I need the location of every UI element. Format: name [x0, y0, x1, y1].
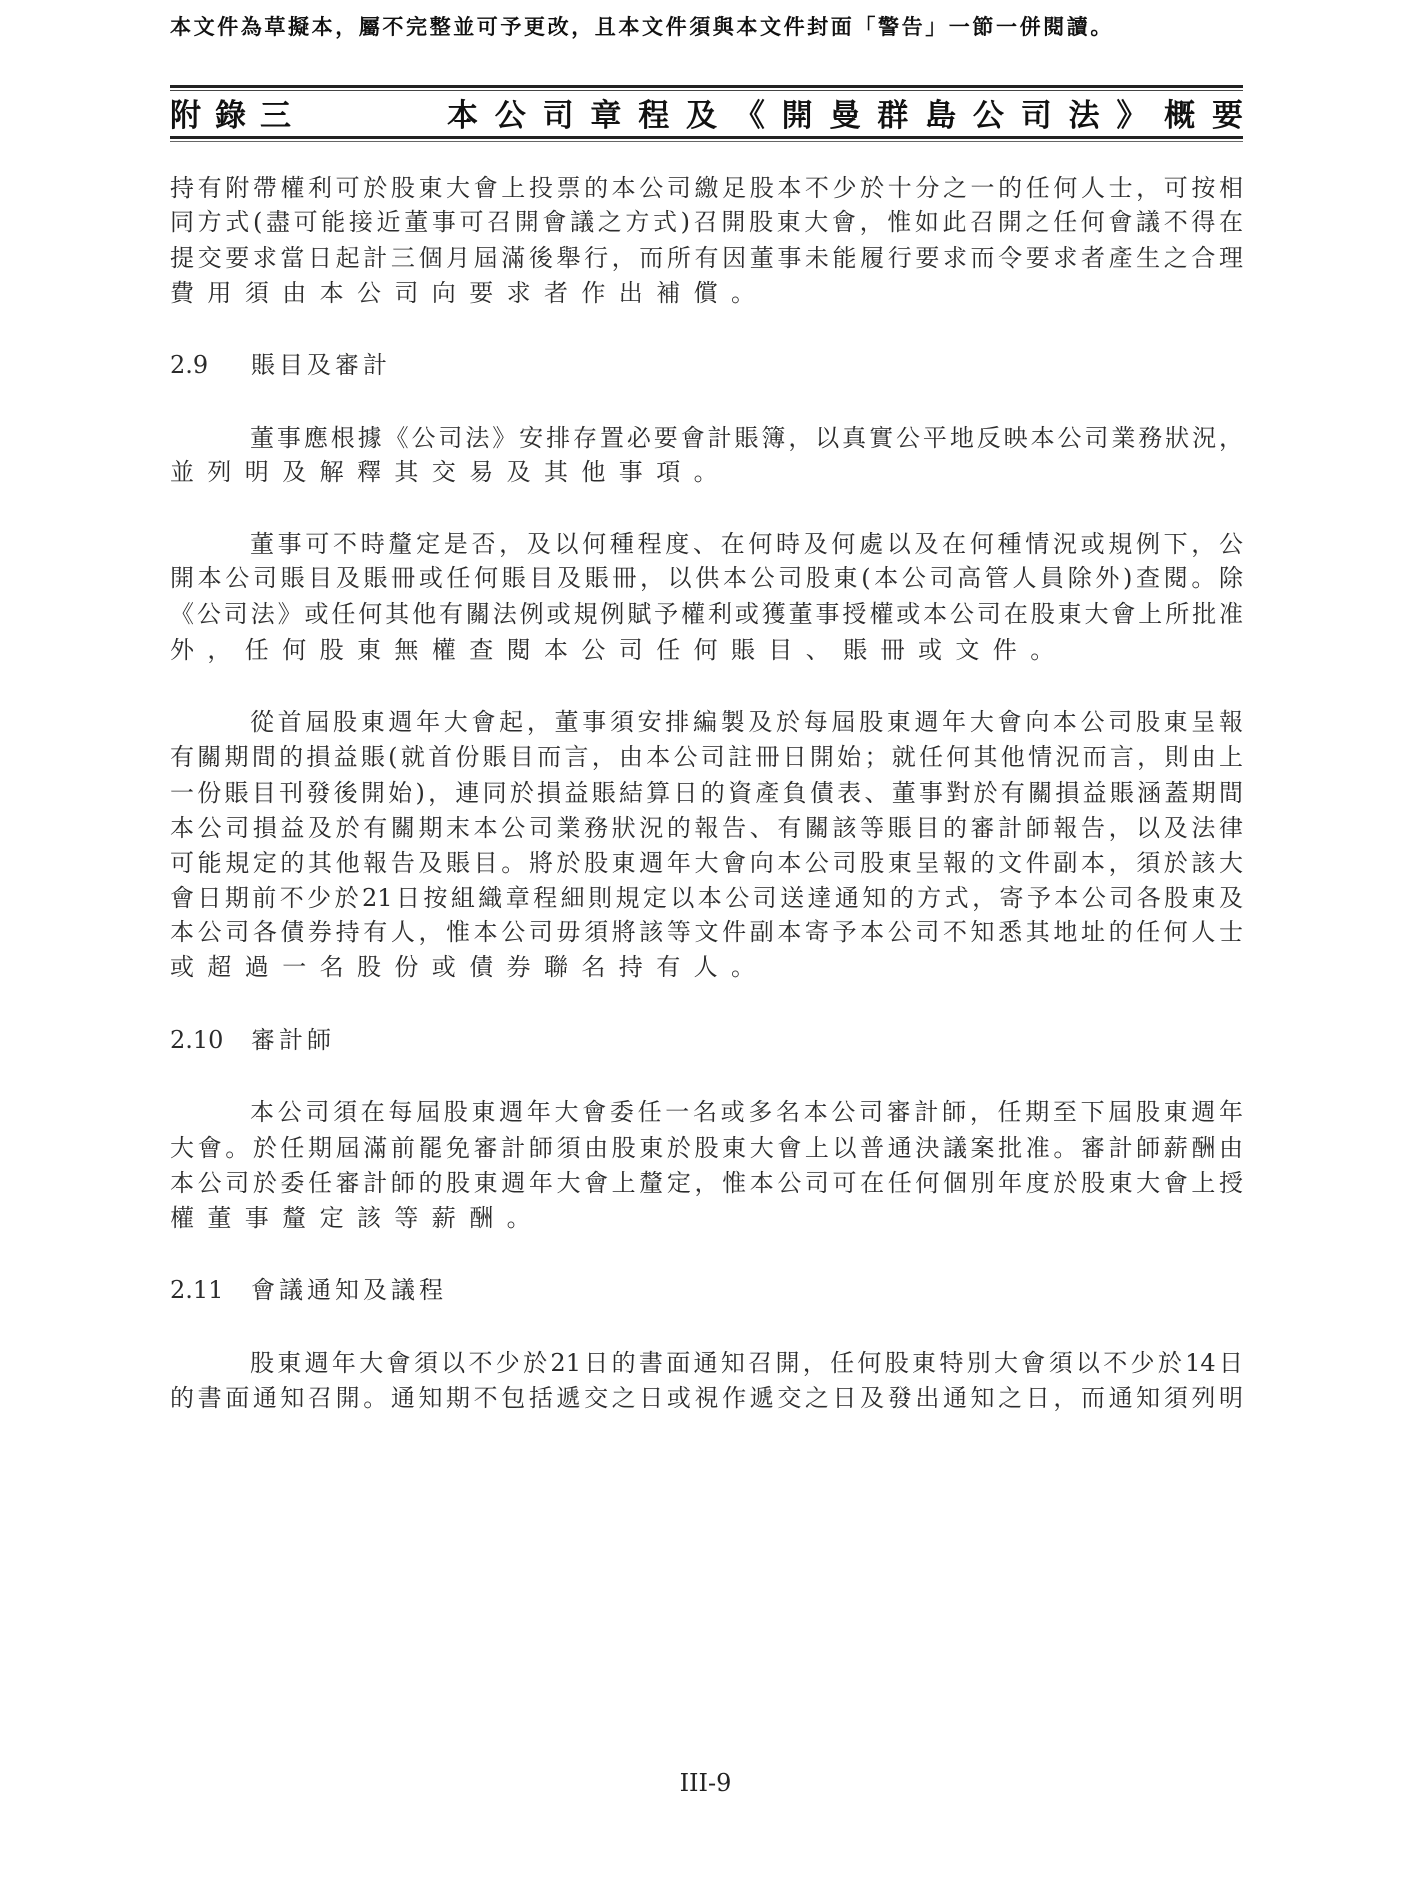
section-number: 2.10 — [170, 1023, 223, 1057]
paragraph-line: 開本公司賬目及賬冊或任何賬目及賬冊，以供本公司股東(本公司高管人員除外)查閱。除 — [170, 561, 1243, 595]
header-rule-bottom — [170, 136, 1243, 139]
paragraph-line: 本公司須在每屆股東週年大會委任一名或多名本公司審計師，任期至下屆股東週年 — [250, 1095, 1243, 1129]
paragraph-line: 可能規定的其他報告及賬目。將於股東週年大會向本公司股東呈報的文件副本，須於該大 — [170, 846, 1243, 880]
paragraph-line: 有關期間的損益賬(就首份賬目而言，由本公司註冊日開始；就任何其他情況而言，則由上 — [170, 740, 1243, 774]
paragraph-line: 會日期前不少於21日按組織章程細則規定以本公司送達通知的方式，寄予本公司各股東及 — [170, 881, 1243, 915]
paragraph-line: 董事應根據《公司法》安排存置必要會計賬簿，以真實公平地反映本公司業務狀況， — [250, 421, 1243, 455]
paragraph-line: 或超過一名股份或債券聯名持有人。 — [170, 950, 1243, 984]
paragraph-line: 持有附帶權利可於股東大會上投票的本公司繳足股本不少於十分之一的任何人士，可按相 — [170, 171, 1243, 205]
paragraph-line: 權董事釐定該等薪酬。 — [170, 1201, 1243, 1235]
section-number: 2.11 — [170, 1273, 223, 1307]
paragraph-line: 《公司法》或任何其他有關法例或規例賦予權利或獲董事授權或本公司在股東大會上所批准 — [170, 597, 1243, 631]
section-title: 會議通知及議程 — [251, 1273, 447, 1307]
paragraph-line: 股東週年大會須以不少於21日的書面通知召開，任何股東特別大會須以不少於14日 — [250, 1346, 1243, 1380]
page-number: III-9 — [0, 1766, 1411, 1800]
paragraph-line: 本公司各債券持有人，惟本公司毋須將該等文件副本寄予本公司不知悉其地址的任何人士 — [170, 915, 1243, 949]
paragraph-line: 並列明及解釋其交易及其他事項。 — [170, 455, 1243, 489]
paragraph-line: 的書面通知召開。通知期不包括遞交之日或視作遞交之日及發出通知之日，而通知須列明 — [170, 1381, 1243, 1415]
paragraph-line: 本公司於委任審計師的股東週年大會上釐定，惟本公司可在任何個別年度於股東大會上授 — [170, 1166, 1243, 1200]
header-rule-bottom-thin — [170, 141, 1243, 142]
paragraph-line: 一份賬目刊發後開始)，連同於損益賬結算日的資產負債表、董事對於有關損益賬涵蓋期間 — [170, 776, 1243, 810]
paragraph-line: 從首屆股東週年大會起，董事須安排編製及於每屆股東週年大會向本公司股東呈報 — [250, 705, 1243, 739]
paragraph-line: 費用須由本公司向要求者作出補償。 — [170, 276, 1243, 310]
section-title: 審計師 — [251, 1023, 335, 1057]
paragraph-line: 董事可不時釐定是否，及以何種程度、在何時及何處以及在何種情況或規例下，公 — [250, 527, 1243, 561]
section-title: 賬目及審計 — [251, 348, 391, 382]
paragraph-line: 外，任何股東無權查閱本公司任何賬目、賬冊或文件。 — [170, 633, 1243, 667]
header-rule-top — [170, 85, 1243, 88]
appendix-label: 附錄三 — [170, 97, 305, 135]
paragraph-line: 大會。於任期屆滿前罷免審計師須由股東於股東大會上以普通決議案批准。審計師薪酬由 — [170, 1131, 1243, 1165]
section-number: 2.9 — [170, 348, 208, 382]
paragraph-line: 同方式(盡可能接近董事可召開會議之方式)召開股東大會，惟如此召開之任何會議不得在 — [170, 205, 1243, 239]
paragraph-line: 本公司損益及於有關期末本公司業務狀況的報告、有關該等賬目的審計師報告，以及法律 — [170, 811, 1243, 845]
page-title: 本公司章程及《開曼群島公司法》概要 — [447, 97, 1243, 135]
header-rule-top-thin — [170, 90, 1243, 91]
paragraph-line: 提交要求當日起計三個月屆滿後舉行，而所有因董事未能履行要求而令要求者產生之合理 — [170, 241, 1243, 275]
draft-notice: 本文件為草擬本，屬不完整並可予更改，且本文件須與本文件封面「警告」一節一併閱讀。 — [170, 12, 1243, 42]
